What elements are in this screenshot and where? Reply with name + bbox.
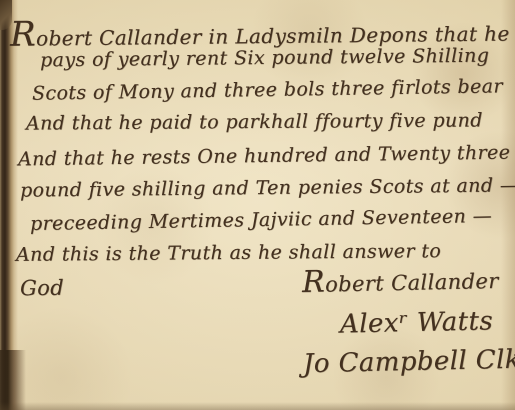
manuscript-line-4: And that he paid to parkhall ffourty fiv…: [26, 109, 483, 134]
manuscript-line-6: pound five shilling and Ten penies Scots…: [20, 174, 515, 201]
manuscript-line-7: preceeding Mertimes Jajviic and Seventee…: [30, 205, 492, 235]
signature-jo-campbell: Jo Campbell Clk: [303, 345, 515, 380]
manuscript-line-2: pays of yearly rent Six pound twelve Shi…: [40, 45, 490, 72]
manuscript-line-5: And that he rests One hundred and Twenty…: [18, 142, 511, 171]
binding-edge-bottom-shadow: [0, 350, 26, 410]
bottom-page-shadow: [0, 402, 515, 410]
manuscript-page: Robert Callander in Ladysmiln Depons tha…: [0, 0, 515, 410]
manuscript-line-3: Scots of Mony and three bols three firlo…: [32, 75, 503, 104]
signature-alexr-watts: Alexʳ Watts: [340, 306, 494, 339]
manuscript-line-8: And this is the Truth as he shall answer…: [16, 240, 441, 266]
signature-robert-callander: Robert Callander: [302, 261, 499, 300]
manuscript-line-9-god: God: [20, 276, 64, 300]
book-binding-edge: [0, 0, 18, 410]
